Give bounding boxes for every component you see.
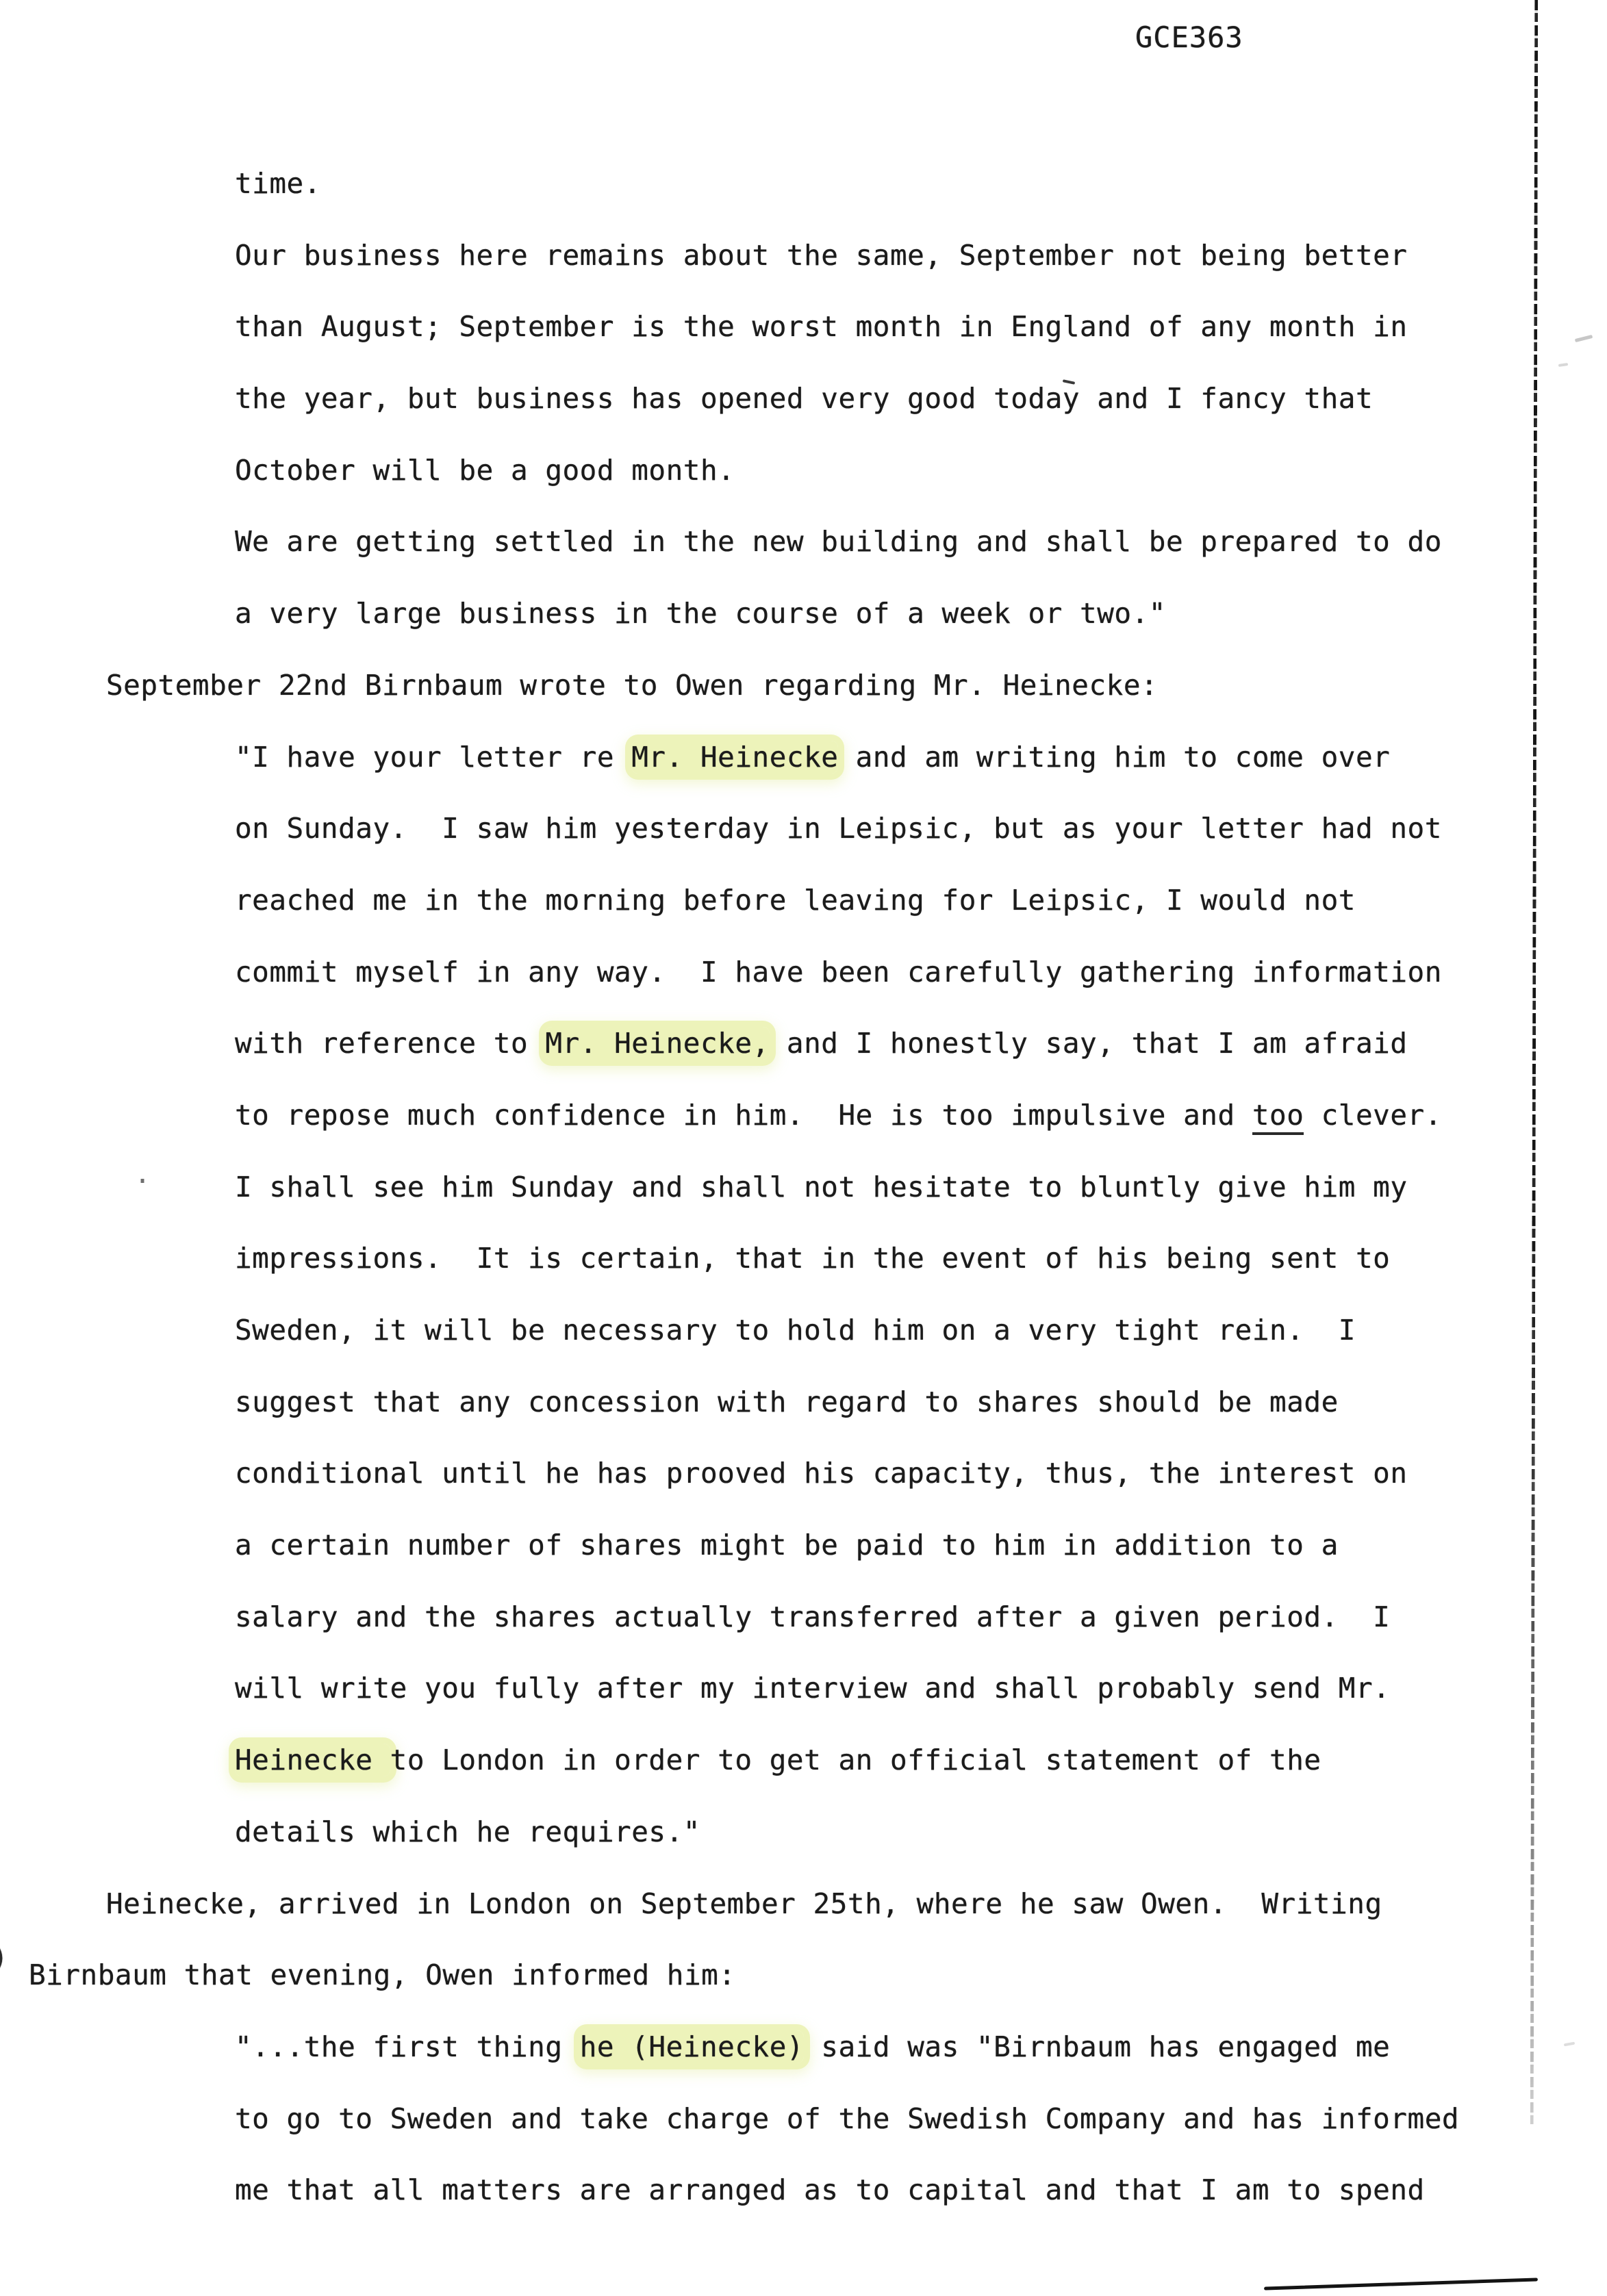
text-line: than August; September is the worst mont… (0, 291, 1607, 363)
text-line: on Sunday. I saw him yesterday in Leipsi… (0, 793, 1607, 865)
text-line: Heinecke, arrived in London on September… (0, 1868, 1607, 1940)
text-line: with reference to Mr. Heinecke, and I ho… (0, 1008, 1607, 1080)
text-segment: salary and the shares actually transferr… (235, 1600, 1390, 1633)
text-segment: We are getting settled in the new buildi… (235, 525, 1442, 558)
scan-edge-bottom-line (1264, 2278, 1538, 2290)
text-segment: details which he requires." (235, 1815, 700, 1848)
text-line: a certain number of shares might be paid… (0, 1509, 1607, 1581)
highlight-mark: Mr. Heinecke (631, 741, 838, 774)
text-segment: on Sunday. I saw him yesterday in Leipsi… (235, 812, 1442, 845)
text-segment: I shall see him Sunday and shall not hes… (235, 1171, 1408, 1203)
underlined-text: too (1252, 1099, 1304, 1135)
text-segment: me that all matters are arranged as to c… (235, 2173, 1425, 2206)
text-segment: commit myself in any way. I have been ca… (235, 956, 1442, 988)
text-line: "...the first thing he (Heinecke) said w… (0, 2011, 1607, 2083)
text-line: reached me in the morning before leaving… (0, 865, 1607, 936)
highlight-mark: Mr. Heinecke, (545, 1027, 769, 1060)
text-line: Heinecke to London in order to get an of… (0, 1724, 1607, 1796)
text-segment: will write you fully after my interview … (235, 1672, 1390, 1705)
cut-off-margin-mark: ) (0, 1943, 9, 1973)
text-segment: to repose much confidence in him. He is … (235, 1099, 1252, 1132)
text-line: "I have your letter re Mr. Heinecke and … (0, 722, 1607, 793)
text-line: Our business here remains about the same… (0, 220, 1607, 292)
text-line: details which he requires." (0, 1796, 1607, 1868)
text-segment: suggest that any concession with regard … (235, 1386, 1339, 1418)
text-segment: Birnbaum that evening, Owen informed him… (29, 1959, 736, 1991)
highlight-mark: Heinecke (235, 1744, 390, 1776)
text-line: salary and the shares actually transferr… (0, 1581, 1607, 1653)
text-line: commit myself in any way. I have been ca… (0, 936, 1607, 1008)
text-segment: Heinecke, arrived in London on September… (106, 1887, 1382, 1920)
text-segment: "...the first thing (235, 2030, 580, 2063)
text-line: We are getting settled in the new buildi… (0, 506, 1607, 578)
text-line: to repose much confidence in him. He is … (0, 1080, 1607, 1151)
text-segment: September 22nd Birnbaum wrote to Owen re… (106, 669, 1158, 702)
text-line: time. (0, 148, 1607, 220)
page-header-code: GCE363 (1135, 23, 1243, 52)
text-segment: time. (235, 167, 321, 200)
text-line: a very large business in the course of a… (0, 578, 1607, 650)
text-line: conditional until he has prooved his cap… (0, 1438, 1607, 1509)
text-segment: reached me in the morning before leaving… (235, 884, 1356, 917)
text-line: September 22nd Birnbaum wrote to Owen re… (0, 650, 1607, 722)
text-segment: clever. (1304, 1099, 1441, 1132)
text-segment: October will be a good month. (235, 454, 735, 487)
text-line: October will be a good month. (0, 435, 1607, 507)
text-line: impressions. It is certain, that in the … (0, 1223, 1607, 1294)
text-line: Sweden, it will be necessary to hold him… (0, 1294, 1607, 1366)
text-segment: than August; September is the worst mont… (235, 310, 1408, 343)
text-segment: a certain number of shares might be paid… (235, 1529, 1339, 1561)
text-segment: a very large business in the course of a… (235, 597, 1166, 630)
text-segment: to London in order to get an official st… (390, 1744, 1321, 1776)
document-page: GCE363 time.Our business here remains ab… (0, 0, 1607, 2296)
text-segment: impressions. It is certain, that in the … (235, 1242, 1390, 1275)
text-line: me that all matters are arranged as to c… (0, 2154, 1607, 2226)
text-segment: Our business here remains about the same… (235, 239, 1408, 272)
text-segment: "I have your letter re (235, 741, 631, 774)
text-segment: Sweden, it will be necessary to hold him… (235, 1314, 1356, 1347)
text-segment: and am writing him to come over (838, 741, 1390, 774)
highlight-mark: he (Heinecke) (580, 2030, 804, 2063)
text-line: the year, but business has opened very g… (0, 363, 1607, 435)
text-segment: and I honestly say, that I am afraid (770, 1027, 1408, 1060)
text-segment: the year, but business has opened very g… (235, 382, 1373, 415)
text-line: suggest that any concession with regard … (0, 1366, 1607, 1438)
document-body: time.Our business here remains about the… (0, 148, 1607, 2226)
text-segment: conditional until he has prooved his cap… (235, 1457, 1408, 1490)
text-segment: with reference to (235, 1027, 545, 1060)
text-line: I shall see him Sunday and shall not hes… (0, 1151, 1607, 1223)
stray-dot-mark: · (134, 1168, 151, 1195)
text-segment: said was "Birnbaum has engaged me (804, 2030, 1390, 2063)
text-segment: to go to Sweden and take charge of the S… (235, 2102, 1459, 2135)
text-line: will write you fully after my interview … (0, 1653, 1607, 1724)
text-line: Birnbaum that evening, Owen informed him… (0, 1939, 1607, 2011)
text-line: to go to Sweden and take charge of the S… (0, 2083, 1607, 2155)
